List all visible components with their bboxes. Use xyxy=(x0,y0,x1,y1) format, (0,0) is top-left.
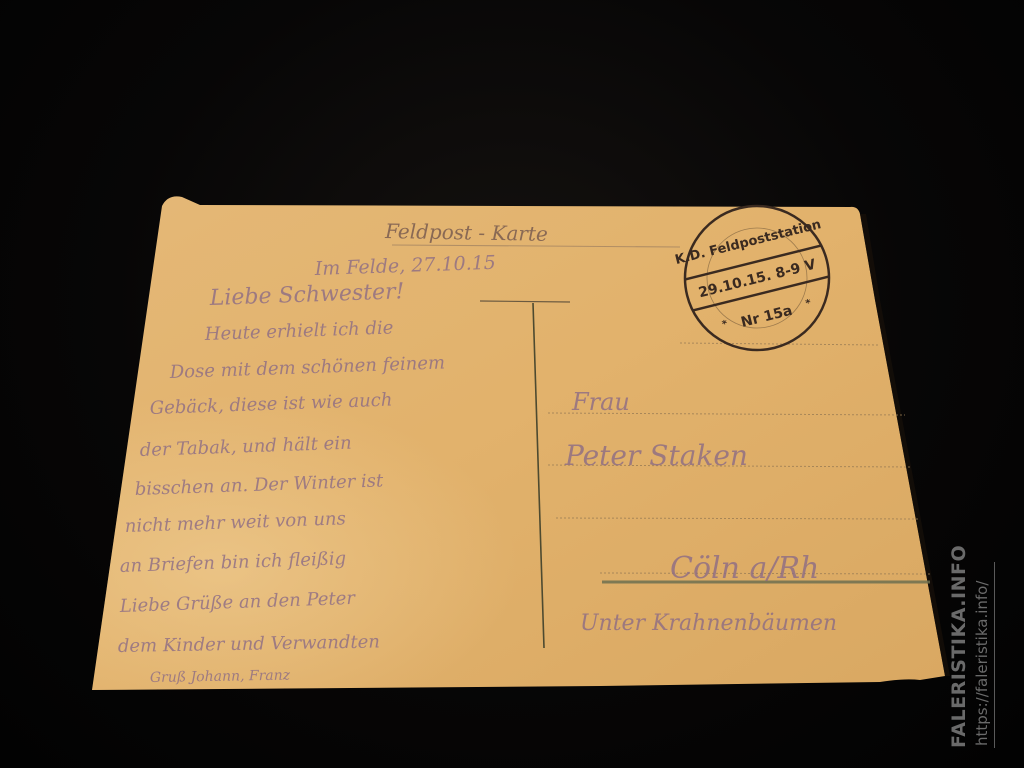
postcard-photo: Feldpost - Karte Im Felde, 27.10.15 Lieb… xyxy=(0,0,1024,768)
postcard: Feldpost - Karte Im Felde, 27.10.15 Lieb… xyxy=(92,190,950,690)
address-line-4: Unter Krahnenbäumen xyxy=(580,611,837,636)
address-line-3: Cöln a/Rh xyxy=(670,551,819,586)
watermark-url: https://faleristika.info/ xyxy=(973,581,991,746)
watermark-divider xyxy=(994,562,995,748)
address-line-1: Frau xyxy=(571,388,630,416)
watermark-site: FALERISTIKA.INFO xyxy=(948,545,970,748)
message-line: Gruß Johann, Franz xyxy=(150,668,291,686)
address-line-2: Peter Staken xyxy=(564,439,748,472)
card-header: Feldpost - Karte xyxy=(384,219,548,246)
